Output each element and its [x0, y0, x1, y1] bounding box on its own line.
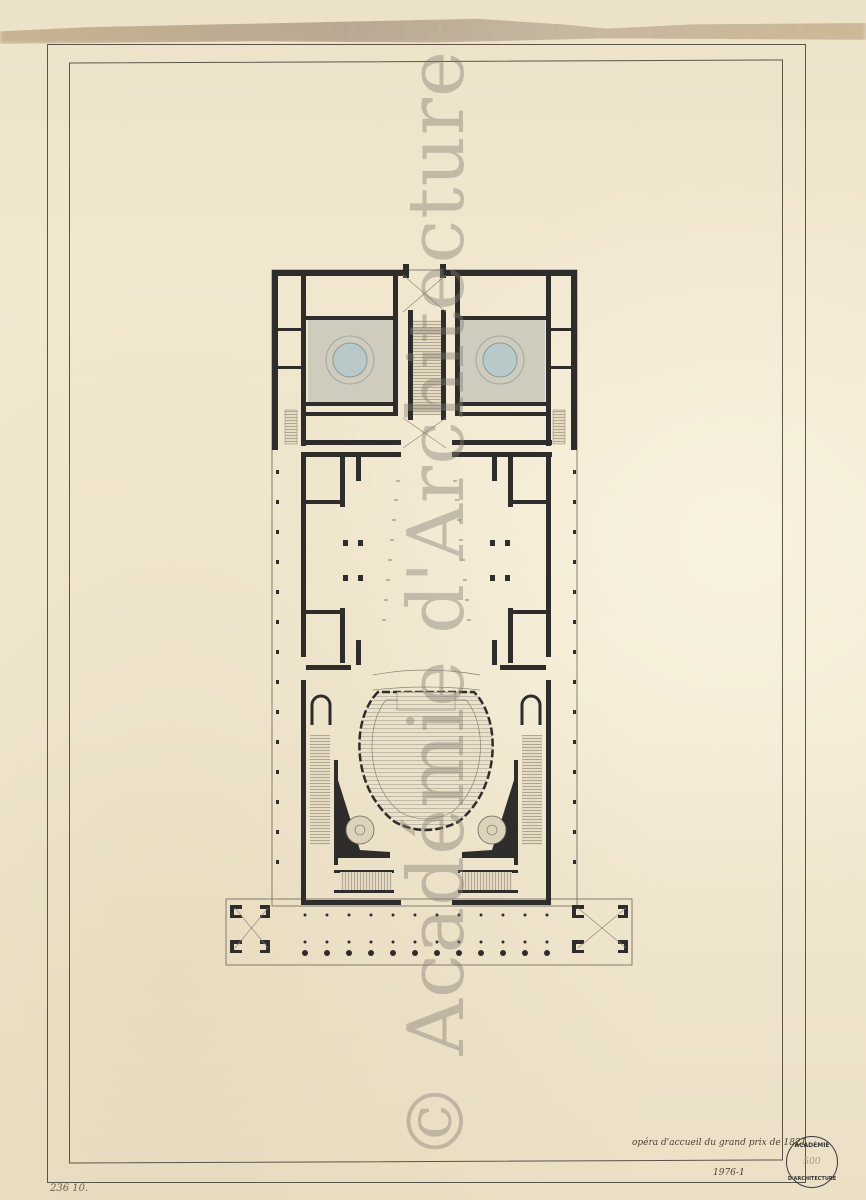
lot-number: 236 10. — [50, 1183, 88, 1194]
stamp-bottom-text: D'ARCHITECTURE — [787, 1176, 837, 1182]
stamp-top-text: ACADÉMIE — [787, 1142, 837, 1149]
inventory-number: 1976-1 — [713, 1168, 745, 1178]
copyright-watermark: © Académie d'Architecture — [392, 50, 482, 1160]
academie-stamp: ACADÉMIE 500 D'ARCHITECTURE — [786, 1136, 838, 1188]
courtyard-left — [308, 320, 394, 402]
drawing-caption: opéra d'accueil du grand prix de 1821 — [632, 1138, 806, 1148]
stamp-number: 500 — [787, 1157, 837, 1167]
